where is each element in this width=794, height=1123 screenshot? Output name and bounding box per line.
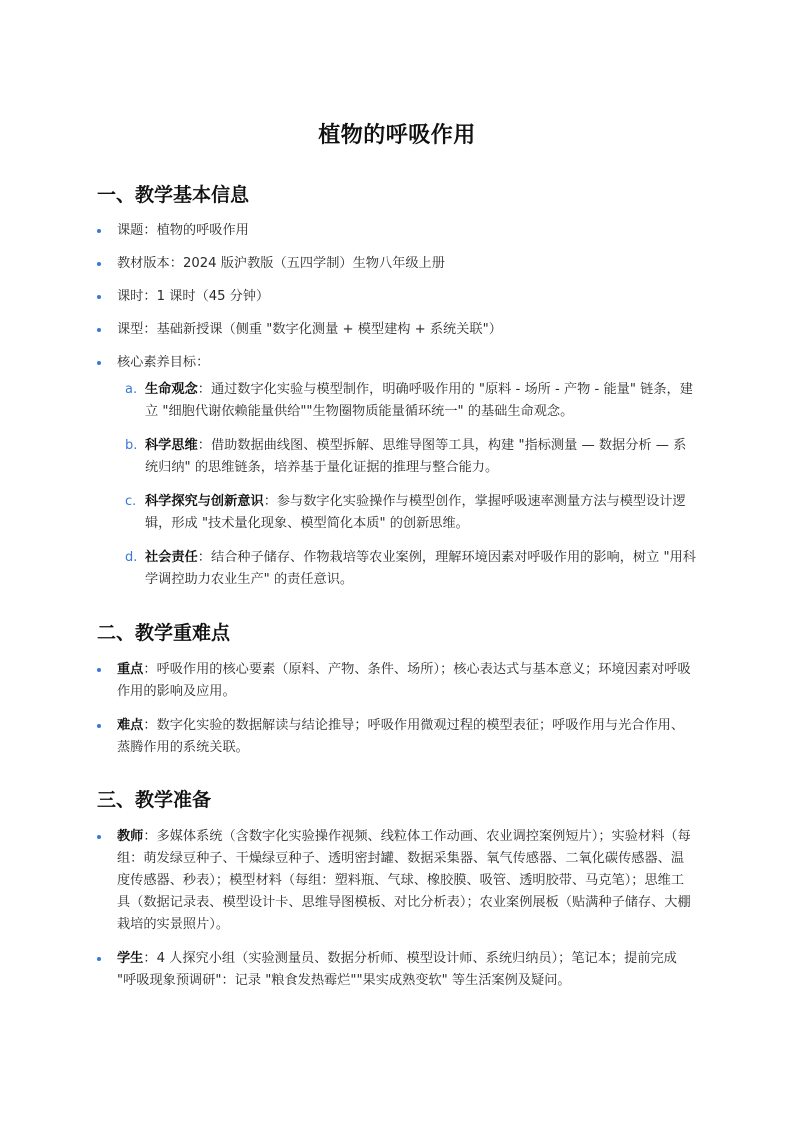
item-text: 1 课时（45 分钟） (157, 289, 270, 304)
goal-item-scientific-thinking: b. 科学思维：借助数据曲线图、模型拆解、思维导图等工具，构建 "指标测量 — … (122, 435, 697, 479)
core-goals-list: a. 生命观念：通过数字化实验与模型制作，明确呼吸作用的 "原料 - 场所 - … (122, 379, 697, 591)
list-item-topic: 课题：植物的呼吸作用 (97, 220, 697, 242)
item-label: 学生 (117, 951, 143, 966)
list-item-difficult-point: 难点：数字化实验的数据解读与结论推导；呼吸作用微观过程的模型表征；呼吸作用与光合… (97, 715, 697, 759)
item-label: 教师 (117, 829, 143, 844)
goal-text: 结合种子储存、作物栽培等农业案例，理解环境因素对呼吸作用的影响，树立 "用科学调… (145, 550, 696, 587)
bullet-icon (97, 361, 101, 365)
item-label: 难点 (117, 718, 143, 733)
item-text: 呼吸作用的核心要素（原料、产物、条件、场所）；核心表达式与基本意义；环境因素对呼… (117, 662, 691, 699)
goal-label: 社会责任 (145, 550, 198, 565)
item-label: 核心素养目标 (117, 355, 196, 370)
bullet-icon (97, 328, 101, 332)
list-item-teacher-prep: 教师：多媒体系统（含数字化实验操作视频、线粒体工作动画、农业调控案例短片）；实验… (97, 826, 697, 936)
list-item-duration: 课时：1 课时（45 分钟） (97, 286, 697, 308)
item-text: 2024 版沪教版（五四学制）生物八年级上册 (183, 256, 445, 271)
goal-item-life-concept: a. 生命观念：通过数字化实验与模型制作，明确呼吸作用的 "原料 - 场所 - … (122, 379, 697, 423)
section-heading-preparation: 三、教学准备 (97, 785, 211, 812)
goal-text: 借助数据曲线图、模型拆解、思维导图等工具，构建 "指标测量 — 数据分析 — 系… (145, 438, 686, 475)
preparation-list: 教师：多媒体系统（含数字化实验操作视频、线粒体工作动画、农业调控案例短片）；实验… (97, 826, 697, 992)
item-label: 课型 (117, 322, 143, 337)
list-marker: c. (125, 491, 136, 513)
list-marker: d. (125, 547, 137, 569)
goal-label: 科学思维 (145, 438, 198, 453)
goal-label: 科学探究与创新意识 (145, 494, 264, 509)
list-item-student-prep: 学生：4 人探究小组（实验测量员、数据分析师、模型设计师、系统归纳员）；笔记本；… (97, 948, 697, 992)
list-item-textbook: 教材版本：2024 版沪教版（五四学制）生物八年级上册 (97, 253, 697, 275)
item-text: 基础新授课（侧重 "数字化测量 + 模型建构 + 系统关联"） (157, 322, 502, 337)
key-points-list: 重点：呼吸作用的核心要素（原料、产物、条件、场所）；核心表达式与基本意义；环境因… (97, 659, 697, 759)
bullet-icon (97, 957, 101, 961)
item-label: 课题 (117, 223, 143, 238)
goal-item-inquiry-innovation: c. 科学探究与创新意识：参与数字化实验操作与模型创作，掌握呼吸速率测量方法与模… (122, 491, 697, 535)
goal-text: 通过数字化实验与模型制作，明确呼吸作用的 "原料 - 场所 - 产物 - 能量"… (145, 382, 693, 419)
bullet-icon (97, 835, 101, 839)
bullet-icon (97, 295, 101, 299)
list-marker: b. (125, 435, 137, 457)
list-item-core-goals: 核心素养目标： (97, 352, 697, 374)
list-marker: a. (125, 379, 137, 401)
item-text: 多媒体系统（含数字化实验操作视频、线粒体工作动画、农业调控案例短片）；实验材料（… (117, 829, 691, 932)
bullet-icon (97, 229, 101, 233)
document-title: 植物的呼吸作用 (0, 118, 794, 149)
list-item-key-point: 重点：呼吸作用的核心要素（原料、产物、条件、场所）；核心表达式与基本意义；环境因… (97, 659, 697, 703)
document-page: 植物的呼吸作用 一、教学基本信息 课题：植物的呼吸作用 教材版本：2024 版沪… (0, 0, 794, 1123)
item-text: 4 人探究小组（实验测量员、数据分析师、模型设计师、系统归纳员）；笔记本；提前完… (117, 951, 677, 988)
section-heading-key-difficult-points: 二、教学重难点 (97, 618, 230, 645)
item-label: 教材版本 (117, 256, 170, 271)
bullet-icon (97, 262, 101, 266)
basic-info-list: 课题：植物的呼吸作用 教材版本：2024 版沪教版（五四学制）生物八年级上册 课… (97, 220, 697, 374)
item-text: 植物的呼吸作用 (157, 223, 249, 238)
list-item-lesson-type: 课型：基础新授课（侧重 "数字化测量 + 模型建构 + 系统关联"） (97, 319, 697, 341)
section-heading-basic-info: 一、教学基本信息 (97, 180, 249, 207)
bullet-icon (97, 668, 101, 672)
bullet-icon (97, 724, 101, 728)
item-label: 课时 (117, 289, 143, 304)
goal-item-social-responsibility: d. 社会责任：结合种子储存、作物栽培等农业案例，理解环境因素对呼吸作用的影响，… (122, 547, 697, 591)
item-text: 数字化实验的数据解读与结论推导；呼吸作用微观过程的模型表征；呼吸作用与光合作用、… (117, 718, 684, 755)
item-label: 重点 (117, 662, 143, 677)
goal-label: 生命观念 (145, 382, 198, 397)
